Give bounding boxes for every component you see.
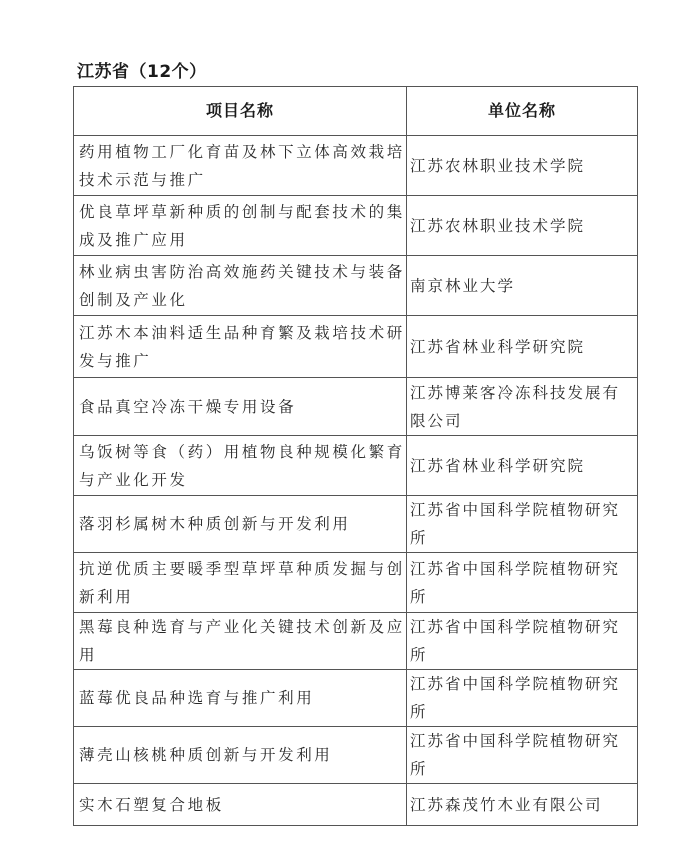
project-name-cell: 食品真空冷冻干燥专用设备 (74, 378, 407, 436)
table-row: 乌饭树等食（药）用植物良种规模化繁育与产业化开发 江苏省林业科学研究院 (74, 436, 638, 496)
header-unit-name: 单位名称 (407, 87, 638, 136)
project-name-cell: 落羽杉属树木种质创新与开发利用 (74, 496, 407, 553)
table-row: 江苏木本油料适生品种育繁及栽培技术研发与推广 江苏省林业科学研究院 (74, 316, 638, 378)
unit-name-cell: 江苏省中国科学院植物研究所 (407, 496, 638, 553)
project-name-cell: 林业病虫害防治高效施药关键技术与装备创制及产业化 (74, 256, 407, 316)
header-project-name: 项目名称 (74, 87, 407, 136)
unit-name-cell: 江苏省中国科学院植物研究所 (407, 553, 638, 613)
unit-name-cell: 江苏农林职业技术学院 (407, 136, 638, 196)
project-name-cell: 江苏木本油料适生品种育繁及栽培技术研发与推广 (74, 316, 407, 378)
table-body: 药用植物工厂化育苗及林下立体高效栽培技术示范与推广 江苏农林职业技术学院 优良草… (74, 136, 638, 826)
unit-name-cell: 江苏省林业科学研究院 (407, 436, 638, 496)
unit-name-cell: 江苏森茂竹木业有限公司 (407, 784, 638, 826)
project-name-cell: 抗逆优质主要暖季型草坪草种质发掘与创新利用 (74, 553, 407, 613)
project-name-cell: 蓝莓优良品种选育与推广利用 (74, 670, 407, 727)
table-row: 落羽杉属树木种质创新与开发利用 江苏省中国科学院植物研究所 (74, 496, 638, 553)
table-header-row: 项目名称 单位名称 (74, 87, 638, 136)
table-row: 食品真空冷冻干燥专用设备 江苏博莱客冷冻科技发展有限公司 (74, 378, 638, 436)
table-row: 优良草坪草新种质的创制与配套技术的集成及推广应用 江苏农林职业技术学院 (74, 196, 638, 256)
project-name-cell: 黑莓良种选育与产业化关键技术创新及应用 (74, 613, 407, 670)
award-table: 项目名称 单位名称 药用植物工厂化育苗及林下立体高效栽培技术示范与推广 江苏农林… (73, 86, 638, 826)
unit-name-cell: 江苏省中国科学院植物研究所 (407, 670, 638, 727)
project-name-cell: 实木石塑复合地板 (74, 784, 407, 826)
table-row: 黑莓良种选育与产业化关键技术创新及应用 江苏省中国科学院植物研究所 (74, 613, 638, 670)
table-row: 药用植物工厂化育苗及林下立体高效栽培技术示范与推广 江苏农林职业技术学院 (74, 136, 638, 196)
project-name-cell: 薄壳山核桃种质创新与开发利用 (74, 727, 407, 784)
unit-name-cell: 江苏博莱客冷冻科技发展有限公司 (407, 378, 638, 436)
table-row: 蓝莓优良品种选育与推广利用 江苏省中国科学院植物研究所 (74, 670, 638, 727)
unit-name-cell: 江苏省中国科学院植物研究所 (407, 613, 638, 670)
table-row: 实木石塑复合地板 江苏森茂竹木业有限公司 (74, 784, 638, 826)
table-row: 薄壳山核桃种质创新与开发利用 江苏省中国科学院植物研究所 (74, 727, 638, 784)
unit-name-cell: 江苏省林业科学研究院 (407, 316, 638, 378)
project-name-cell: 优良草坪草新种质的创制与配套技术的集成及推广应用 (74, 196, 407, 256)
project-name-cell: 药用植物工厂化育苗及林下立体高效栽培技术示范与推广 (74, 136, 407, 196)
section-title: 江苏省（12个） (77, 57, 207, 82)
table-row: 抗逆优质主要暖季型草坪草种质发掘与创新利用 江苏省中国科学院植物研究所 (74, 553, 638, 613)
unit-name-cell: 江苏省中国科学院植物研究所 (407, 727, 638, 784)
unit-name-cell: 江苏农林职业技术学院 (407, 196, 638, 256)
table-row: 林业病虫害防治高效施药关键技术与装备创制及产业化 南京林业大学 (74, 256, 638, 316)
unit-name-cell: 南京林业大学 (407, 256, 638, 316)
project-name-cell: 乌饭树等食（药）用植物良种规模化繁育与产业化开发 (74, 436, 407, 496)
